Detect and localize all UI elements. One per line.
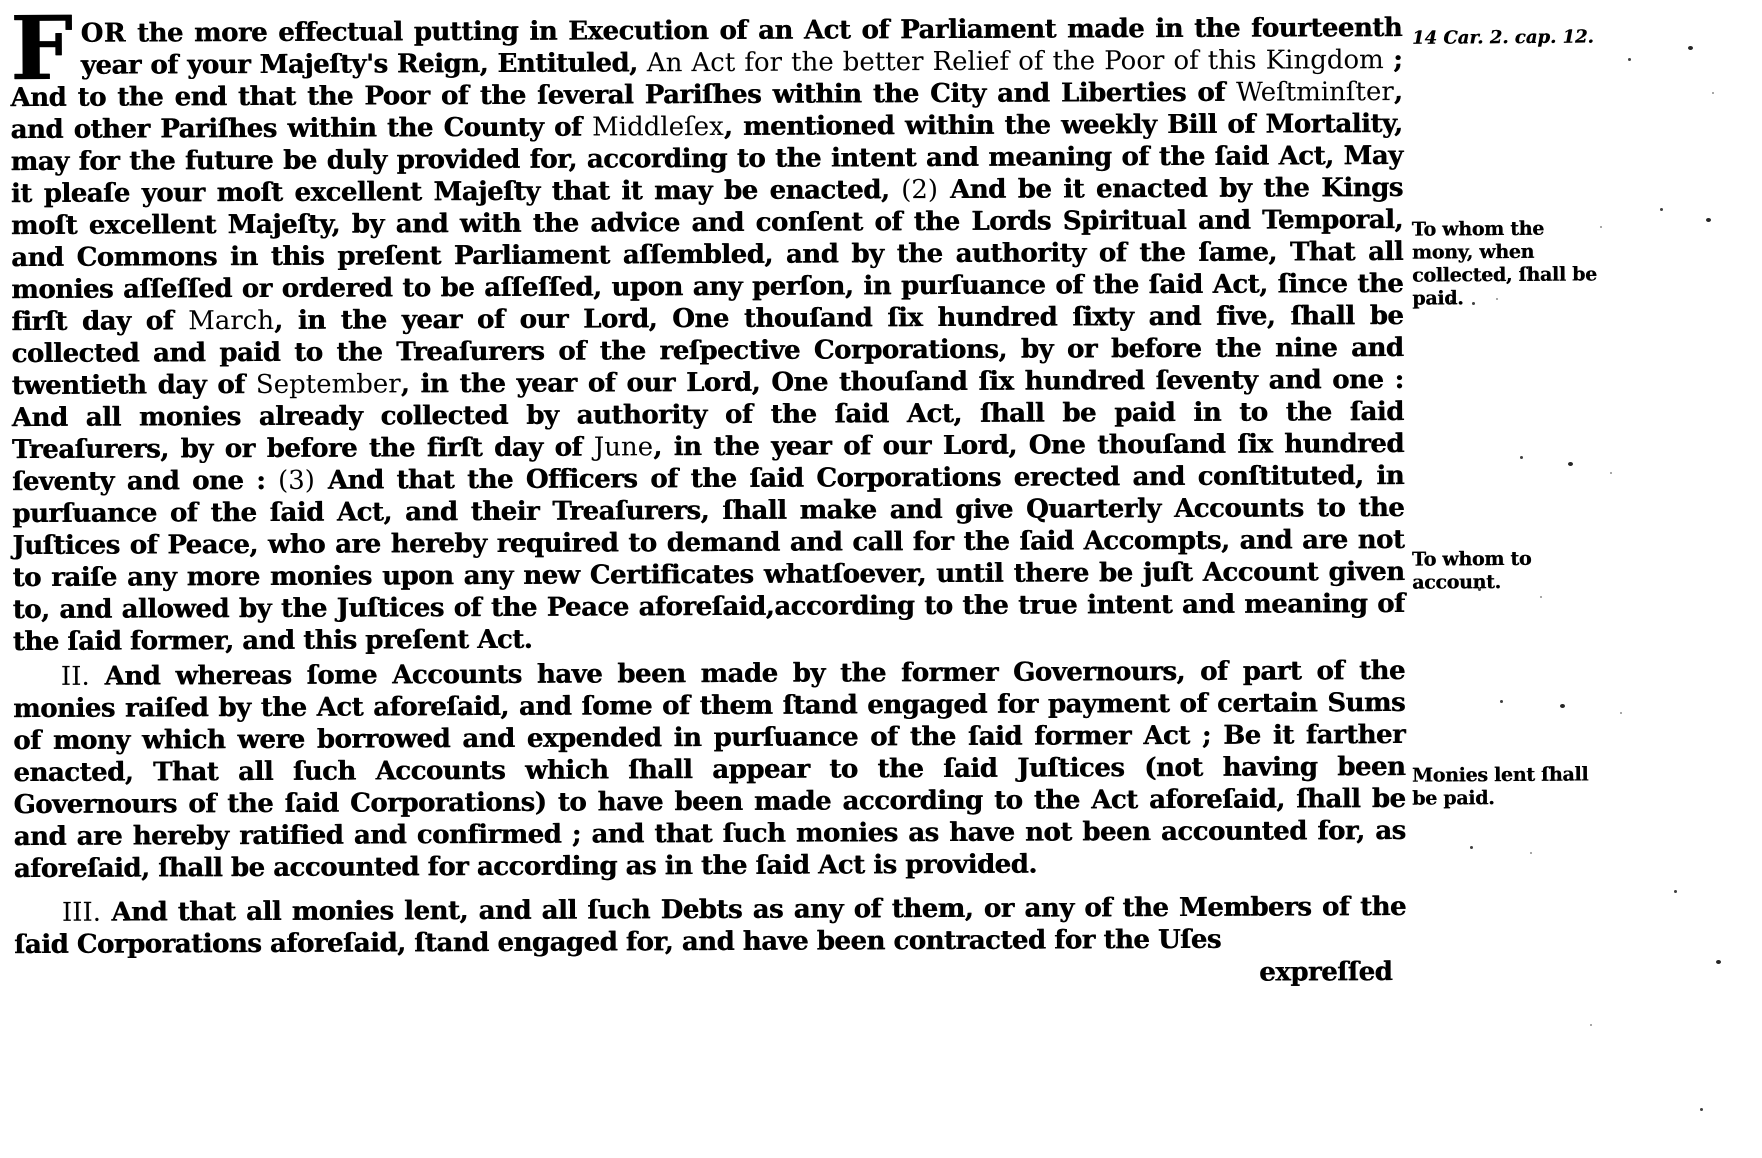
- drop-cap-initial: F: [10, 18, 81, 80]
- margin-note-payment: To whom the mony, when collected, ſhall …: [1412, 217, 1599, 310]
- text-run-bl-caps: OR: [81, 19, 126, 49]
- text-run-ro: March: [188, 306, 274, 336]
- text-run-ro: II.: [61, 662, 105, 692]
- text-run-ro: An Act for the better Relief of the Poor…: [647, 45, 1384, 78]
- scanned-act-page: FOR the more effectual putting in Execut…: [0, 0, 1762, 1158]
- catchword: expreſſed: [14, 955, 1406, 995]
- text-run-ro: III.: [62, 898, 112, 928]
- text-run-bl: And whereas ſome Accounts have been made…: [13, 656, 1406, 884]
- margin-note-citation: 14 Car. 2. cap. 12.: [1412, 25, 1642, 50]
- act-section-iii: III. And that all monies lent, and all ſ…: [14, 891, 1406, 961]
- text-run-ro: Middleſex: [592, 112, 724, 143]
- act-text-block: FOR the more effectual putting in Execut…: [10, 12, 1406, 995]
- act-section-ii: II. And whereas ſome Accounts have been …: [13, 655, 1406, 885]
- margin-note-account: To whom to account.: [1412, 547, 1598, 594]
- text-run-ro: Weſtminſter: [1236, 77, 1394, 108]
- text-run-ro: June: [594, 432, 653, 462]
- text-run-ro: (2): [901, 175, 938, 205]
- margin-note-monies-lent: Monies lent ſhall be paid.: [1412, 763, 1598, 810]
- text-run-ro: September: [256, 369, 401, 400]
- act-section-i: FOR the more effectual putting in Execut…: [10, 12, 1405, 658]
- text-run-ro: (3): [278, 466, 315, 496]
- text-run-bl: And that all monies lent, and all ſuch D…: [14, 892, 1406, 960]
